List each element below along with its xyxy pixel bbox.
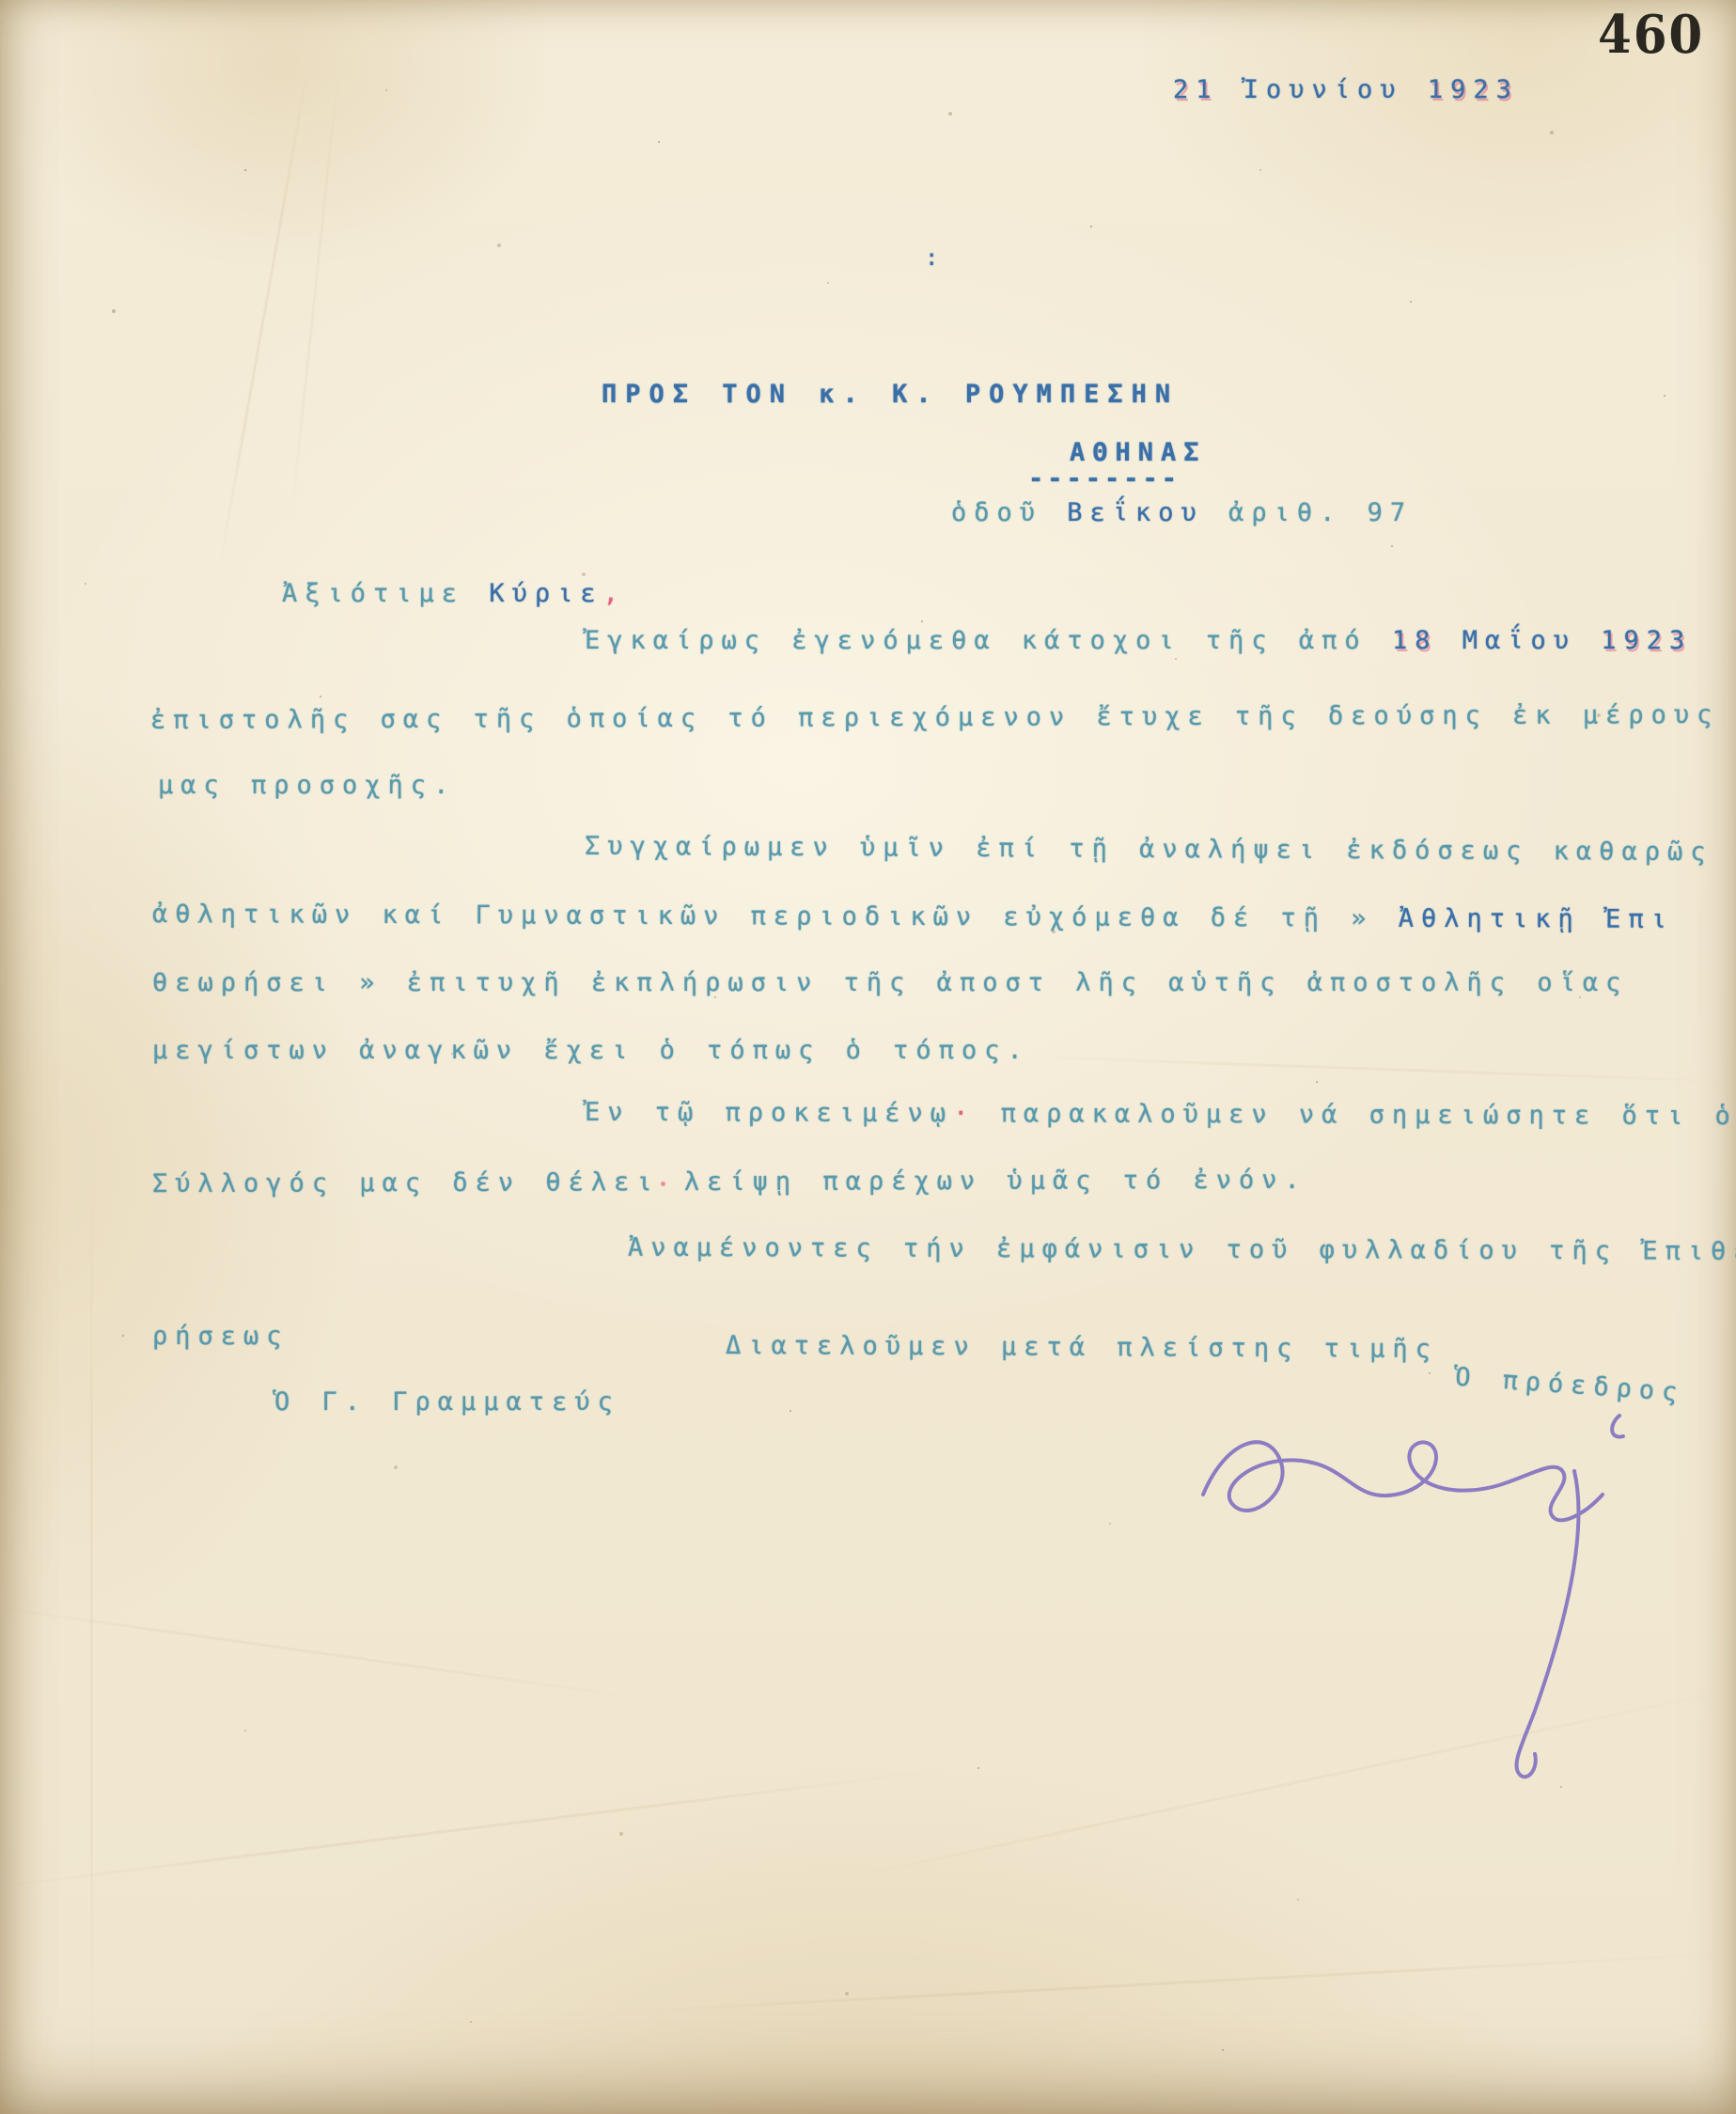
paper-crease (216, 61, 310, 580)
recipient-address: ὁδοῦ Βεΐκου ἀριθ. 97 (951, 498, 1413, 527)
p3l1-rest: παρακαλοῦμεν νά σημειώσητε ὅτι ὁ (976, 1099, 1736, 1131)
secretary-signature-label: Ὁ Γ. Γραμματεύς (274, 1387, 620, 1417)
p1l1-year: 1923 (1601, 626, 1692, 655)
p2l2-magazine-name: Ἀθλητικῇ Ἐπι (1399, 904, 1674, 934)
address-street: Βεΐκου (1067, 498, 1204, 527)
body-paragraph1-line3: μας προσοχῆς. (158, 771, 456, 800)
address-prefix: ὁδοῦ (951, 498, 1067, 527)
paper-crease (90, 1166, 93, 2106)
recipient-city: ΑΘΗΝΑΣ (1070, 438, 1207, 467)
date-line: 21 Ἰουνίου 1923 (1173, 75, 1519, 104)
date-month: Ἰουνίου (1243, 75, 1428, 104)
signature-flourish-stroke (1612, 1416, 1623, 1437)
signature-stroke (1203, 1442, 1603, 1520)
paper-crease (0, 1769, 943, 1892)
recipient-line: ΠΡΟΣ ΤΟΝ κ. Κ. ΡΟΥΜΠΕΣΗΝ (602, 380, 1179, 409)
p1l1-month: Μαΐου (1462, 626, 1602, 655)
president-signature (1161, 1382, 1668, 1814)
salutation: Ἀξιότιμε Κύριε, (282, 579, 626, 608)
body-paragraph1-line2: ἐπιστολῆς σας τῆς ὁποίας τό περιεχόμενον… (150, 700, 1719, 735)
stray-ink-mark: : (925, 244, 946, 271)
body-paragraph4-line2: ρήσεως (152, 1322, 289, 1351)
typed-dashed-rule: -------- (1028, 464, 1181, 493)
body-paragraph2-line3: θεωρήσει » ἐπιτυχῆ ἐκπλήρωσιν τῆς ἀποστ … (152, 968, 1628, 997)
salutation-comma: , (603, 579, 626, 608)
folio-number-stamp: 460 (1598, 4, 1704, 66)
salutation-pre: Ἀξιότιμε (282, 579, 489, 608)
red-ink-speckles (0, 0, 3, 3)
p2l2-text: ἀθλητικῶν καί Γυμναστικῶν περιοδικῶν εὐχ… (152, 900, 1399, 933)
body-paragraph3-line1: Ἐν τῷ προκειμένῳ· παρακαλοῦμεν νά σημειώ… (585, 1098, 1736, 1131)
paper-crease (0, 1603, 642, 1699)
date-year: 1923 (1428, 75, 1519, 104)
valediction: Διατελοῦμεν μετά πλείστης τιμῆς (726, 1331, 1438, 1364)
salutation-title: Κύριε (489, 579, 602, 608)
body-paragraph2-line1: Συγχαίρωμεν ὑμῖν ἐπί τῇ ἀναλήψει ἐκδόσεω… (585, 832, 1713, 867)
paper-crease (1006, 1055, 1736, 1083)
body-paragraph4-line1: Ἀναμένοντες τήν ἐμφάνισιν τοῦ φυλλαδίου … (628, 1233, 1736, 1266)
p1l1-text: Ἐγκαίρως ἐγενόμεθα κάτοχοι τῆς ἀπό (585, 626, 1392, 655)
body-paragraph2-line4: μεγίστων ἀναγκῶν ἔχει ὁ τόπως ὁ τόπος. (152, 1036, 1030, 1065)
date-day: 21 (1173, 75, 1243, 104)
body-paragraph3-line2: Σύλλογός μας δέν θέλει λείψῃ παρέχων ὑμᾶ… (152, 1166, 1307, 1198)
p3l1-red-mark: · (953, 1099, 976, 1128)
p1l1-day: 18 (1392, 626, 1462, 655)
p3l1-text: Ἐν τῷ προκειμένῳ (585, 1098, 953, 1128)
paper-speckles (0, 0, 2, 2)
body-paragraph1-line1: Ἐγκαίρως ἐγενόμεθα κάτοχοι τῆς ἀπό 18 Μα… (585, 626, 1692, 655)
paper-crease (602, 1951, 1736, 2014)
body-paragraph2-line2: ἀθλητικῶν καί Γυμναστικῶν περιοδικῶν εὐχ… (152, 900, 1674, 934)
paper-crease (289, 66, 340, 534)
address-number: ἀριθ. 97 (1204, 498, 1413, 527)
letter-page: 460 21 Ἰουνίου 1923 : ΠΡΟΣ ΤΟΝ κ. Κ. ΡΟΥ… (0, 0, 1736, 2114)
